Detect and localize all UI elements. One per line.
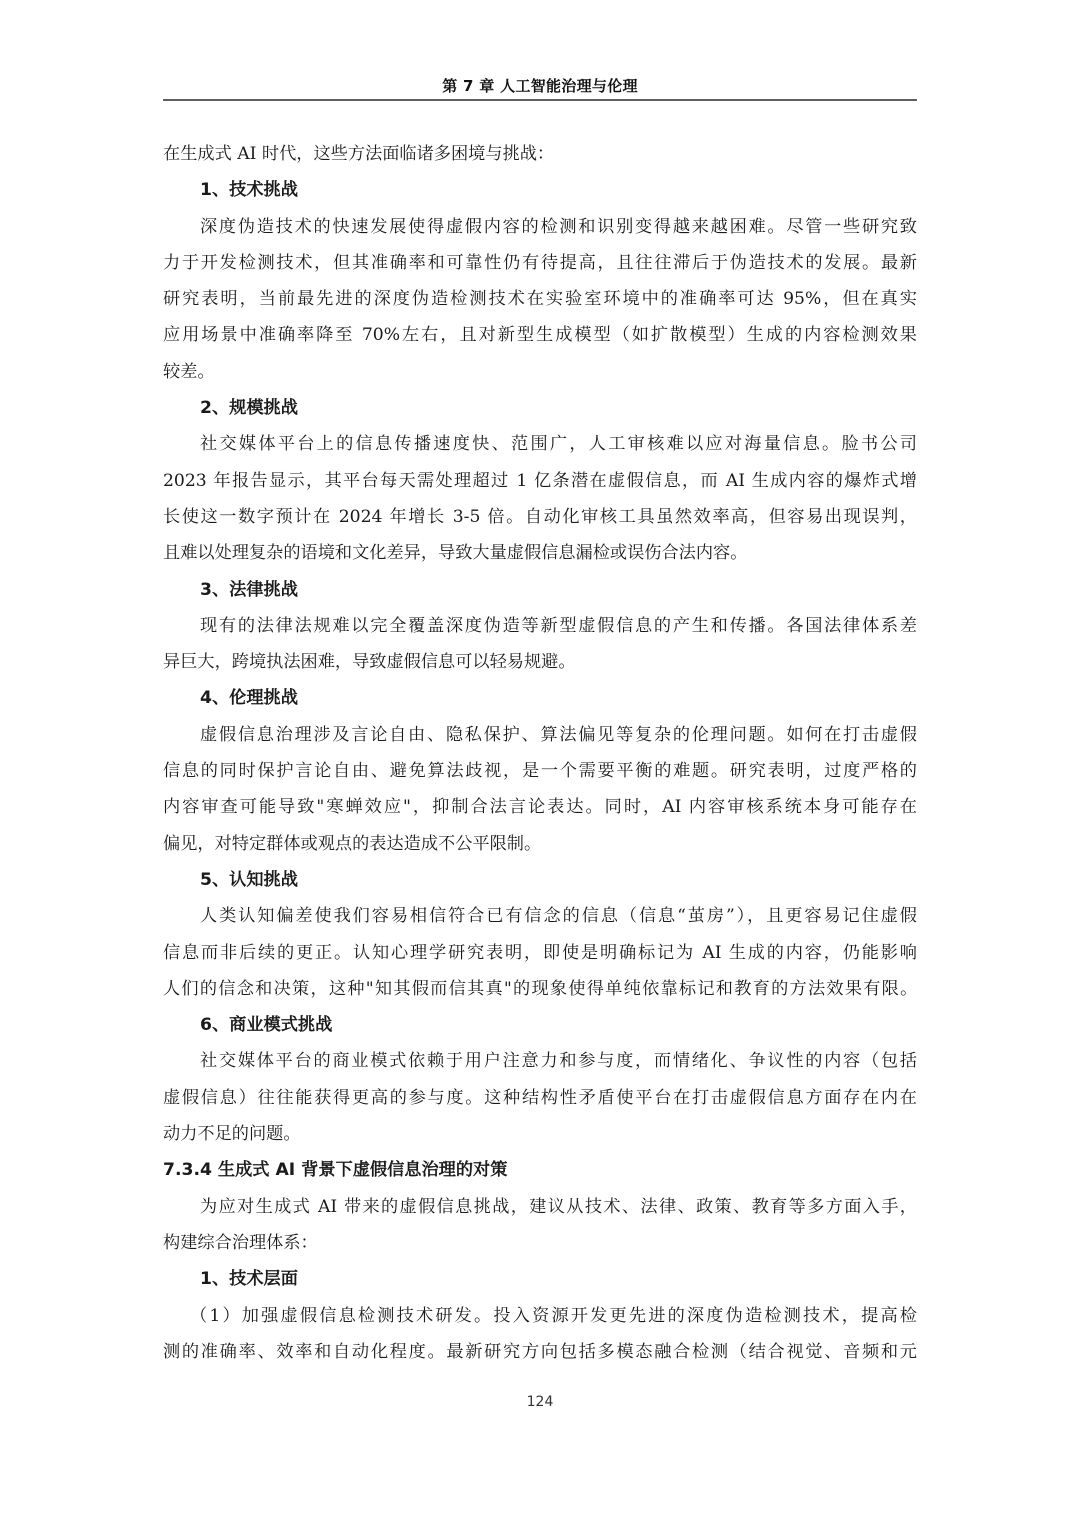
header-rule	[163, 99, 917, 101]
heading-legal-challenge: 3、法律挑战	[163, 572, 917, 608]
heading-business-model-challenge: 6、商业模式挑战	[163, 1007, 917, 1043]
paragraph-line: 2023 年报告显示，其平台每天需处理超过 1 亿条潜在虚假信息，而 AI 生成…	[163, 463, 917, 499]
heading-tech-challenge: 1、技术挑战	[163, 172, 917, 208]
heading-tech-level: 1、技术层面	[163, 1261, 917, 1297]
paragraph-line: （1）加强虚假信息检测技术研发。投入资源开发更先进的深度伪造检测技术，提高检	[163, 1298, 917, 1334]
paragraph-line: 人们的信念和决策，这种"知其假而信其真"的现象使得单纯依靠标记和教育的方法效果有…	[163, 971, 917, 1007]
heading-ethics-challenge: 4、伦理挑战	[163, 680, 917, 716]
paragraph-line: 信息的同时保护言论自由、避免算法歧视，是一个需要平衡的难题。研究表明，过度严格的	[163, 753, 917, 789]
page-number: 124	[0, 1394, 1080, 1410]
paragraph-line: 社交媒体平台的商业模式依赖于用户注意力和参与度，而情绪化、争议性的内容（包括	[163, 1043, 917, 1079]
paragraph-line: 现有的法律法规难以完全覆盖深度伪造等新型虚假信息的产生和传播。各国法律体系差	[163, 608, 917, 644]
paragraph-line: 社交媒体平台上的信息传播速度快、范围广，人工审核难以应对海量信息。脸书公司	[163, 426, 917, 462]
paragraph-line: 内容审查可能导致"寒蝉效应"，抑制合法言论表达。同时，AI 内容审核系统本身可能…	[163, 789, 917, 825]
paragraph-line: 信息而非后续的更正。认知心理学研究表明，即使是明确标记为 AI 生成的内容，仍能…	[163, 935, 917, 971]
heading-cognitive-challenge: 5、认知挑战	[163, 862, 917, 898]
paragraph-line: 研究表明，当前最先进的深度伪造检测技术在实验室环境中的准确率可达 95%，但在真…	[163, 281, 917, 317]
paragraph-line: 应用场景中准确率降至 70%左右，且对新型生成模型（如扩散模型）生成的内容检测效…	[163, 317, 917, 353]
paragraph-line: 虚假信息）往往能获得更高的参与度。这种结构性矛盾使平台在打击虚假信息方面存在内在	[163, 1080, 917, 1116]
paragraph-line: 且难以处理复杂的语境和文化差异，导致大量虚假信息漏检或误伤合法内容。	[163, 535, 917, 571]
paragraph-line: 长使这一数字预计在 2024 年增长 3-5 倍。自动化审核工具虽然效率高，但容…	[163, 499, 917, 535]
paragraph-line: 为应对生成式 AI 带来的虚假信息挑战，建议从技术、法律、政策、教育等多方面入手…	[163, 1189, 917, 1225]
section-heading-7-3-4: 7.3.4 生成式 AI 背景下虚假信息治理的对策	[163, 1152, 917, 1188]
paragraph-line: 深度伪造技术的快速发展使得虚假内容的检测和识别变得越来越困难。尽管一些研究致	[163, 209, 917, 245]
heading-scale-challenge: 2、规模挑战	[163, 390, 917, 426]
paragraph-line: 异巨大，跨境执法困难，导致虚假信息可以轻易规避。	[163, 644, 917, 680]
paragraph-line: 测的准确率、效率和自动化程度。最新研究方向包括多模态融合检测（结合视觉、音频和元	[163, 1334, 917, 1370]
paragraph-line: 动力不足的问题。	[163, 1116, 917, 1152]
body-text: 在生成式 AI 时代，这些方法面临诸多困境与挑战： 1、技术挑战 深度伪造技术的…	[163, 136, 917, 1370]
paragraph-line: 人类认知偏差使我们容易相信符合已有信念的信息（信息“茧房”），且更容易记住虚假	[163, 898, 917, 934]
paragraph-line: 构建综合治理体系：	[163, 1225, 917, 1261]
paragraph-line: 偏见，对特定群体或观点的表达造成不公平限制。	[163, 826, 917, 862]
document-page: 第 7 章 人工智能治理与伦理 在生成式 AI 时代，这些方法面临诸多困境与挑战…	[0, 0, 1080, 1527]
paragraph-line: 力于开发检测技术，但其准确率和可靠性仍有待提高，且往往滞后于伪造技术的发展。最新	[163, 245, 917, 281]
paragraph-line: 较差。	[163, 354, 917, 390]
running-header: 第 7 章 人工智能治理与伦理	[163, 76, 917, 96]
intro-paragraph: 在生成式 AI 时代，这些方法面临诸多困境与挑战：	[163, 136, 917, 172]
paragraph-line: 虚假信息治理涉及言论自由、隐私保护、算法偏见等复杂的伦理问题。如何在打击虚假	[163, 717, 917, 753]
